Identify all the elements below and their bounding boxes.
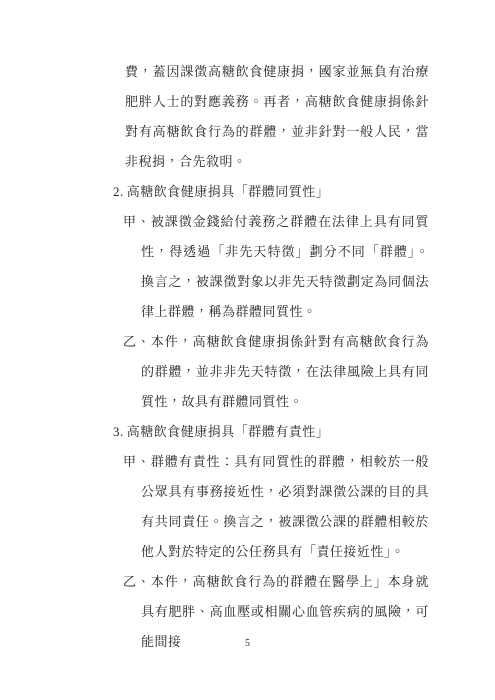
section-heading-2: 2.高糖飲食健康捐具「群體同質性」: [113, 177, 429, 207]
section-2-item-yi: 乙、本件，高糖飲食健康捐係針對有高糖飲食行為的群體，並非非先天特徵，在法律風險上…: [141, 327, 429, 417]
opening-paragraph-continuation: 費，蓋因課徵高糖飲食健康捐，國家並無負有治療肥胖人士的對應義務。再者，高糖飲食健…: [125, 57, 429, 177]
section-number: 2.: [113, 184, 124, 199]
section-number: 3.: [113, 424, 124, 439]
item-label: 甲、: [123, 214, 151, 229]
section-heading-3: 3.高糖飲食健康捐具「群體有責性」: [113, 417, 429, 447]
item-text: 群體有責性：具有同質性的群體，相較於一般公眾具有事務接近性，必須對課徵公課的目的…: [141, 454, 429, 559]
page-number: 5: [0, 636, 495, 652]
item-text: 本件，高糖飲食健康捐係針對有高糖飲食行為的群體，並非非先天特徵，在法律風險上具有…: [141, 334, 429, 409]
section-3-item-jia: 甲、群體有責性：具有同質性的群體，相較於一般公眾具有事務接近性，必須對課徵公課的…: [141, 447, 429, 567]
section-title: 高糖飲食健康捐具「群體同質性」: [127, 184, 330, 199]
section-title: 高糖飲食健康捐具「群體有責性」: [127, 424, 330, 439]
section-2-item-jia: 甲、被課徵金錢給付義務之群體在法律上具有同質性，得透過「非先天特徵」劃分不同「群…: [141, 207, 429, 327]
item-label: 甲、: [123, 454, 151, 469]
document-body: 費，蓋因課徵高糖飲食健康捐，國家並無負有治療肥胖人士的對應義務。再者，高糖飲食健…: [0, 57, 495, 657]
document-page: 費，蓋因課徵高糖飲食健康捐，國家並無負有治療肥胖人士的對應義務。再者，高糖飲食健…: [0, 0, 495, 700]
item-label: 乙、: [123, 334, 151, 349]
item-text: 被課徵金錢給付義務之群體在法律上具有同質性，得透過「非先天特徵」劃分不同「群體」…: [141, 214, 429, 319]
item-label: 乙、: [123, 574, 151, 589]
